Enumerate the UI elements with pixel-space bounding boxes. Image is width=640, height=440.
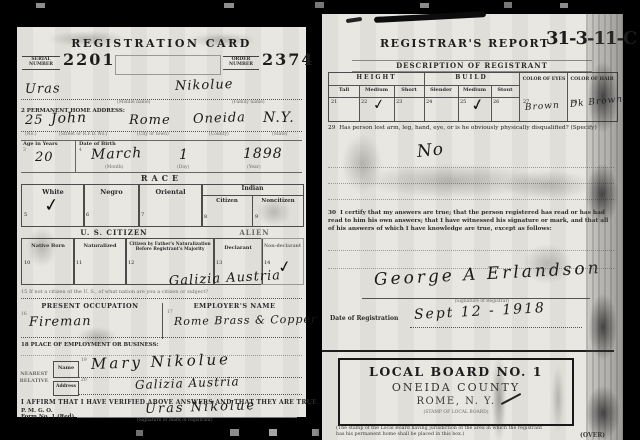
noise-blob (586, 386, 620, 440)
film-sprocket-mark (230, 429, 239, 436)
blank-stamp-box (115, 55, 221, 75)
address-sublabel-street: (Street or R.F.D. No.) (59, 133, 107, 138)
height-tall-label: Tall (329, 88, 359, 94)
smudge (492, 354, 506, 440)
alien-nondeclarant-label: Non-declarant (262, 244, 303, 249)
noise-blob (586, 164, 618, 224)
relative-name-box: Name (53, 361, 79, 378)
film-sprocket-mark (269, 429, 277, 436)
relative-name-value: Mary Nikolue (91, 350, 232, 373)
birth-sublabel-year: (Year) (247, 166, 261, 171)
smudge (27, 227, 57, 267)
age-value: 20 (35, 150, 54, 165)
stamp-line4: (STAMP OF LOCAL BOARD) (340, 411, 572, 416)
address-city: Rome (129, 113, 171, 128)
build-medium-label: Medium (458, 88, 491, 94)
race-oriental-label: Oriental (139, 189, 202, 196)
stamp-line1: LOCAL BOARD NO. 1 (340, 365, 572, 378)
height-medium-label: Medium (359, 88, 394, 94)
alien-nondeclarant-num: 14 (264, 261, 270, 266)
divider (424, 73, 425, 121)
alien-header: ALIEN (207, 229, 302, 237)
divider (458, 85, 459, 121)
race-indian-citizen-label: Citizen (202, 198, 252, 204)
q30-number: 30 (328, 210, 336, 216)
build-stout-label: Stout (491, 88, 519, 94)
divider (519, 73, 520, 121)
registration-date-label: Date of Registration (330, 316, 398, 323)
description-header: DESCRIPTION OF REGISTRANT (352, 60, 592, 72)
address-sublabel-city: (City or town) (137, 133, 169, 138)
film-sprocket-mark (312, 429, 319, 436)
film-sprocket-mark (504, 2, 512, 8)
address-house-no: 25 (25, 113, 44, 128)
build-stout-num: 26 (493, 100, 499, 105)
address-street: John (51, 110, 88, 127)
citizen-father-num: 12 (128, 261, 134, 266)
relative-address-number: 20 (81, 379, 87, 384)
serial-number-value: 2201 (63, 52, 116, 69)
relative-address-value: Galizia Austria (135, 374, 240, 392)
birth-year: 1898 (243, 146, 283, 162)
height-medium-num: 22 (361, 100, 367, 105)
pen-stroke-mark (346, 17, 362, 23)
relative-address-box: Address (53, 381, 79, 396)
noise-blob (588, 62, 618, 132)
smudge (552, 364, 564, 434)
q29-number: 29 (328, 125, 335, 131)
address-sublabel-no: (No.) (25, 133, 37, 138)
race-white-num: 5 (24, 213, 27, 218)
relative-address-label: Address (54, 382, 78, 390)
citizen-naturalized-cell: Naturalized 11 (73, 238, 127, 285)
q29-answer: No (416, 139, 445, 162)
race-negro-num: 6 (86, 213, 89, 218)
stamp-note: (The stamp of the Local Board having jur… (336, 426, 548, 438)
smudge (522, 244, 572, 284)
race-negro-label: Negro (84, 189, 139, 196)
race-header: RACE (17, 174, 306, 183)
build-medium-num: 25 (460, 100, 466, 105)
noise-blob (589, 294, 617, 360)
film-edge-noise-strip (586, 14, 623, 440)
middle-name-sublabel: (Middle name) (117, 101, 150, 106)
nearest-relative-label: NEAREST RELATIVE (17, 371, 51, 384)
divider (491, 85, 492, 121)
birth-sublabel-day: (Day) (177, 166, 189, 171)
eyes-value: Brown (525, 101, 560, 113)
citizen-naturalized-num: 11 (76, 261, 82, 266)
employer-header: EMPLOYER'S NAME (167, 303, 302, 310)
birth-month: March (91, 145, 143, 163)
employer-value: Rome Brass & Copper Co (174, 312, 339, 328)
divider (162, 303, 163, 339)
film-sprocket-mark (224, 3, 234, 8)
eyes-header: COLOR OF EYES (521, 77, 567, 83)
race-indian-label: Indian (202, 186, 303, 193)
rule-line (79, 394, 302, 395)
relative-name-label: Name (54, 362, 78, 372)
race-white-cell: White 5 ✓ (21, 184, 85, 227)
checkmark-icon: ✓ (43, 194, 61, 217)
film-sprocket-mark (315, 2, 324, 8)
description-table: HEIGHT BUILD COLOR OF EYES COLOR OF HAIR… (328, 72, 618, 122)
card-title: REGISTRATION CARD (17, 38, 306, 50)
film-sprocket-mark (420, 3, 429, 8)
registrars-report-card: REGISTRAR'S REPORT 31-3-11-C DESCRIPTION… (322, 14, 623, 440)
smudge (342, 134, 382, 194)
microfilm-scan: REGISTRATION CARD SERIAL NUMBER 2201 ORD… (0, 0, 640, 440)
race-oriental-num: 7 (141, 213, 144, 218)
order-number-label: ORDER NUMBER (223, 56, 259, 70)
q29-text: Has person lost arm, leg, hand, eye, or … (339, 125, 597, 131)
build-slender-num: 24 (426, 100, 432, 105)
address-sublabel-county: (County) (209, 133, 229, 138)
divider (322, 350, 614, 352)
family-name-sublabel: (Family name) (232, 101, 265, 106)
registration-card: REGISTRATION CARD SERIAL NUMBER 2201 ORD… (17, 27, 306, 417)
report-title: REGISTRAR'S REPORT (380, 38, 550, 50)
employer-field-number: 17 (167, 311, 173, 316)
smudge (257, 197, 291, 227)
divider (75, 141, 76, 172)
height-tall-num: 21 (331, 100, 337, 105)
race-oriental-cell: Oriental 7 (138, 184, 203, 227)
registrant-signature-sublabel: (Signature or mark of registrant) (137, 419, 213, 424)
local-board-stamp: LOCAL BOARD NO. 1 ONEIDA COUNTY ROME, N.… (338, 358, 574, 426)
address-sublabel-state: (State) (272, 133, 288, 138)
alien-declarant-num: 13 (216, 261, 222, 266)
smudge (502, 170, 592, 200)
film-sprocket-mark (560, 3, 568, 8)
form-id-line2: Form No. 1 (Red) (21, 414, 74, 420)
race-indian-citizen-num: 8 (204, 215, 207, 220)
occupation-header: PRESENT OCCUPATION (21, 303, 159, 310)
registrant-signature: Uras Nikolue (145, 398, 257, 417)
race-negro-cell: Negro 6 (83, 184, 140, 227)
height-header: HEIGHT (329, 75, 424, 82)
checkmark-icon: ✓ (372, 96, 386, 113)
registrant-family-name: Nikolue (175, 77, 234, 94)
divider (394, 85, 395, 121)
age-birth-row: Age in Years 3 20 Date of Birth 4 March … (21, 140, 302, 173)
birth-sublabel-month: (Month) (105, 166, 123, 171)
occupation-field-number: 16 (21, 313, 27, 318)
height-short-num: 23 (396, 100, 402, 105)
address-state: N.Y. (263, 110, 295, 126)
smudge (77, 327, 117, 347)
citizen-naturalized-label: Naturalized (74, 244, 126, 250)
age-label: Age in Years (23, 142, 58, 148)
nation-question: If not a citizen of the U. S., of what n… (29, 289, 208, 295)
film-sprocket-mark (36, 3, 45, 8)
rule-line (21, 337, 302, 338)
nation-field-number: 15 (21, 289, 27, 295)
divider (202, 195, 303, 196)
employment-place-number: 18 (21, 342, 29, 348)
rule-line (21, 298, 302, 299)
relative-name-number: 19 (81, 359, 87, 364)
build-header: BUILD (424, 75, 519, 82)
rule-line (410, 327, 582, 328)
height-short-label: Short (394, 88, 424, 94)
stamp-line3: ROME, N. Y. (340, 397, 572, 408)
pen-stroke-mark (374, 11, 486, 23)
address-county: Oneida (193, 110, 246, 127)
build-slender-label: Slender (424, 88, 458, 94)
film-sprocket-mark (136, 430, 143, 436)
registrant-first-name: Uras (25, 81, 61, 97)
citizen-father-label: Citizen by Father's Naturalization Befor… (129, 242, 211, 253)
divider (359, 85, 360, 121)
divider (567, 73, 568, 121)
order-number-value: 2374 (262, 52, 315, 69)
age-field-number: 3 (23, 149, 26, 154)
serial-number-label: SERIAL NUMBER (22, 56, 60, 70)
alien-declarant-label: Declarant (214, 246, 262, 252)
birth-field-number: 4 (79, 149, 82, 154)
birth-day: 1 (179, 147, 189, 163)
stamp-line2: ONEIDA COUNTY (340, 382, 572, 394)
q30-text: I certify that my answers are true; that… (328, 210, 608, 232)
